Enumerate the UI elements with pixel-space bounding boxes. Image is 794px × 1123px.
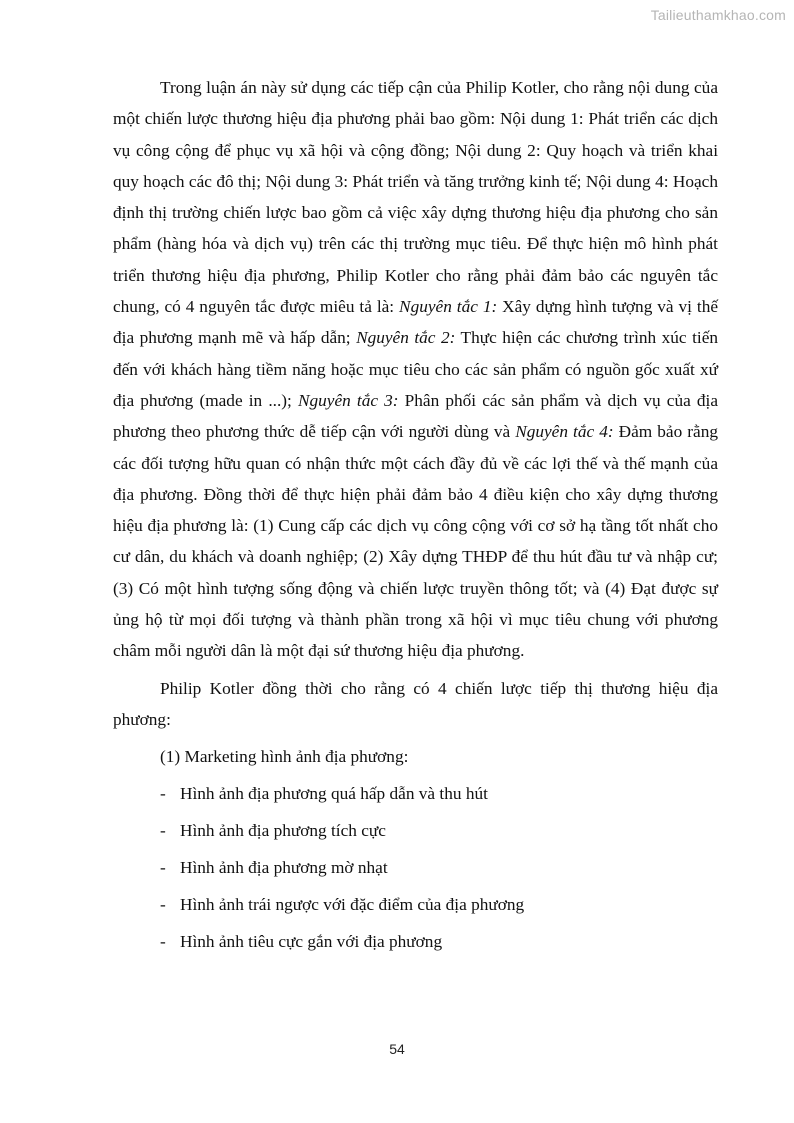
dash-bullet-icon: - xyxy=(160,778,166,809)
list-item: - Hình ảnh trái ngược với đặc điểm của đ… xyxy=(113,889,718,926)
list-item-text: Hình ảnh địa phương quá hấp dẫn và thu h… xyxy=(180,784,488,803)
list-item: - Hình ảnh địa phương mờ nhạt xyxy=(113,852,718,889)
document-body: Trong luận án này sử dụng các tiếp cận c… xyxy=(113,72,718,963)
bullet-list: - Hình ảnh địa phương quá hấp dẫn và thu… xyxy=(113,778,718,963)
principle-4-label: Nguyên tắc 4: xyxy=(515,422,613,441)
list-item-text: Hình ảnh tiêu cực gắn với địa phương xyxy=(180,932,442,951)
dash-bullet-icon: - xyxy=(160,815,166,846)
list-item: - Hình ảnh địa phương quá hấp dẫn và thu… xyxy=(113,778,718,815)
dash-bullet-icon: - xyxy=(160,926,166,957)
list-item: - Hình ảnh tiêu cực gắn với địa phương xyxy=(113,926,718,963)
list-item-text: Hình ảnh địa phương tích cực xyxy=(180,821,386,840)
dash-bullet-icon: - xyxy=(160,852,166,883)
list-item: - Hình ảnh địa phương tích cực xyxy=(113,815,718,852)
principle-1-label: Nguyên tắc 1: xyxy=(399,297,497,316)
list-heading: (1) Marketing hình ảnh địa phương: xyxy=(113,741,718,772)
list-item-text: Hình ảnh địa phương mờ nhạt xyxy=(180,858,388,877)
principle-4-text: Đảm bảo rằng các đối tượng hữu quan có n… xyxy=(113,422,718,660)
principle-2-label: Nguyên tắc 2: xyxy=(356,328,455,347)
dash-bullet-icon: - xyxy=(160,889,166,920)
principle-3-label: Nguyên tắc 3: xyxy=(298,391,399,410)
paragraph-marketing-strategies: Philip Kotler đồng thời cho rằng có 4 ch… xyxy=(113,673,718,736)
paragraph-strategy-content: Trong luận án này sử dụng các tiếp cận c… xyxy=(113,72,718,667)
page-number: 54 xyxy=(0,1041,794,1057)
watermark: Tailieuthamkhao.com xyxy=(651,7,786,23)
list-item-text: Hình ảnh trái ngược với đặc điểm của địa… xyxy=(180,895,524,914)
paragraph-text: Trong luận án này sử dụng các tiếp cận c… xyxy=(113,78,718,316)
